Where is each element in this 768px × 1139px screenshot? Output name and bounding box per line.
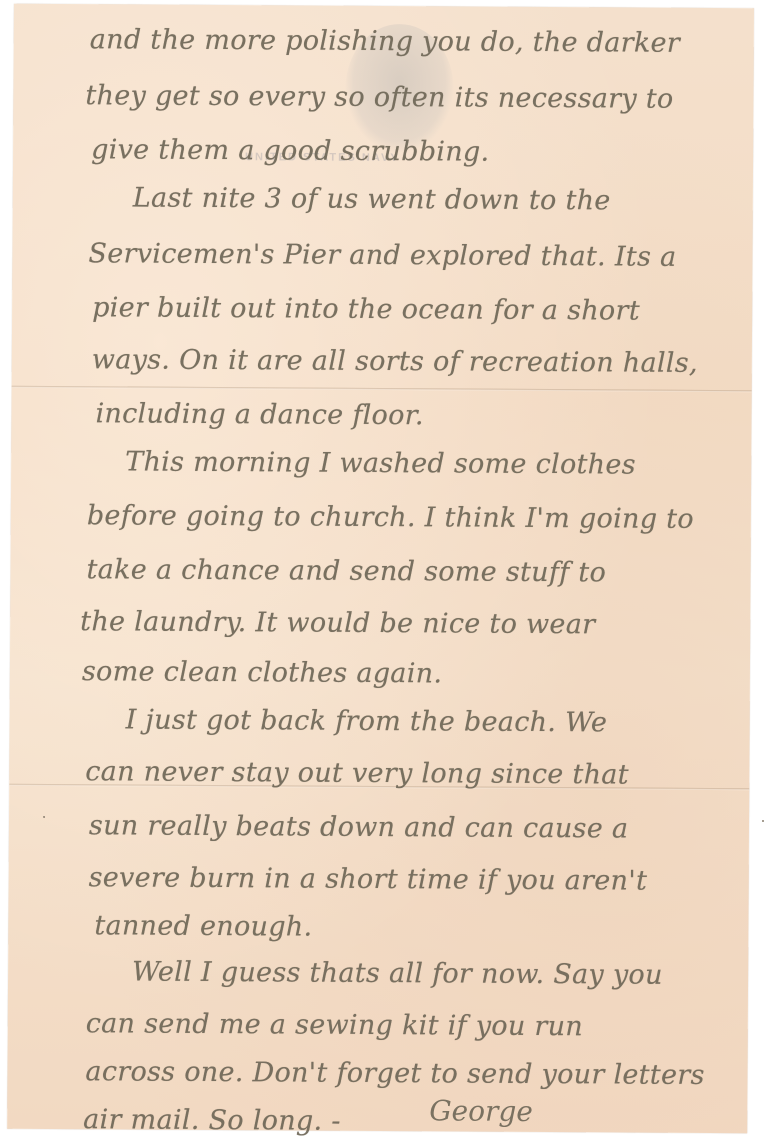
letter-line: can send me a sewing kit if you run xyxy=(86,1008,583,1042)
scan-speck xyxy=(762,820,764,822)
letter-page: UNITED STATES NAVY and the more polishin… xyxy=(7,4,754,1133)
paper-speck xyxy=(43,816,45,818)
letter-line: I just got back from the beach. We xyxy=(126,704,608,738)
letter-line: including a dance floor. xyxy=(95,398,424,431)
letter-line: tanned enough. xyxy=(94,910,312,942)
letter-line: air mail. So long. - xyxy=(83,1104,341,1137)
letter-line: the laundry. It would be nice to wear xyxy=(80,606,595,640)
letter-line: severe burn in a short time if you aren'… xyxy=(89,862,648,896)
letter-line: sun really beats down and can cause a xyxy=(89,810,629,844)
letter-line: This morning I washed some clothes xyxy=(125,446,636,480)
letter-line: take a chance and send some stuff to xyxy=(86,554,606,588)
letter-line: give them a good scrubbing. xyxy=(91,134,489,167)
letter-line: Well I guess thats all for now. Say you xyxy=(132,956,663,990)
letter-line: and the more polishing you do, the darke… xyxy=(90,24,680,59)
letter-line: can never stay out very long since that xyxy=(85,756,629,790)
signature: George xyxy=(429,1094,533,1128)
letter-line: Last nite 3 of us went down to the xyxy=(133,182,611,216)
letter-line: some clean clothes again. xyxy=(82,656,443,689)
letter-line: ways. On it are all sorts of recreation … xyxy=(92,344,698,379)
letter-line: Servicemen's Pier and explored that. Its… xyxy=(88,238,676,273)
letter-line: they get so every so often its necessary… xyxy=(85,80,673,115)
letter-body: and the more polishing you do, the darke… xyxy=(7,4,754,1133)
letter-line: pier built out into the ocean for a shor… xyxy=(92,292,640,326)
letter-line: across one. Don't forget to send your le… xyxy=(85,1056,704,1091)
letter-line: before going to church. I think I'm goin… xyxy=(87,500,694,535)
